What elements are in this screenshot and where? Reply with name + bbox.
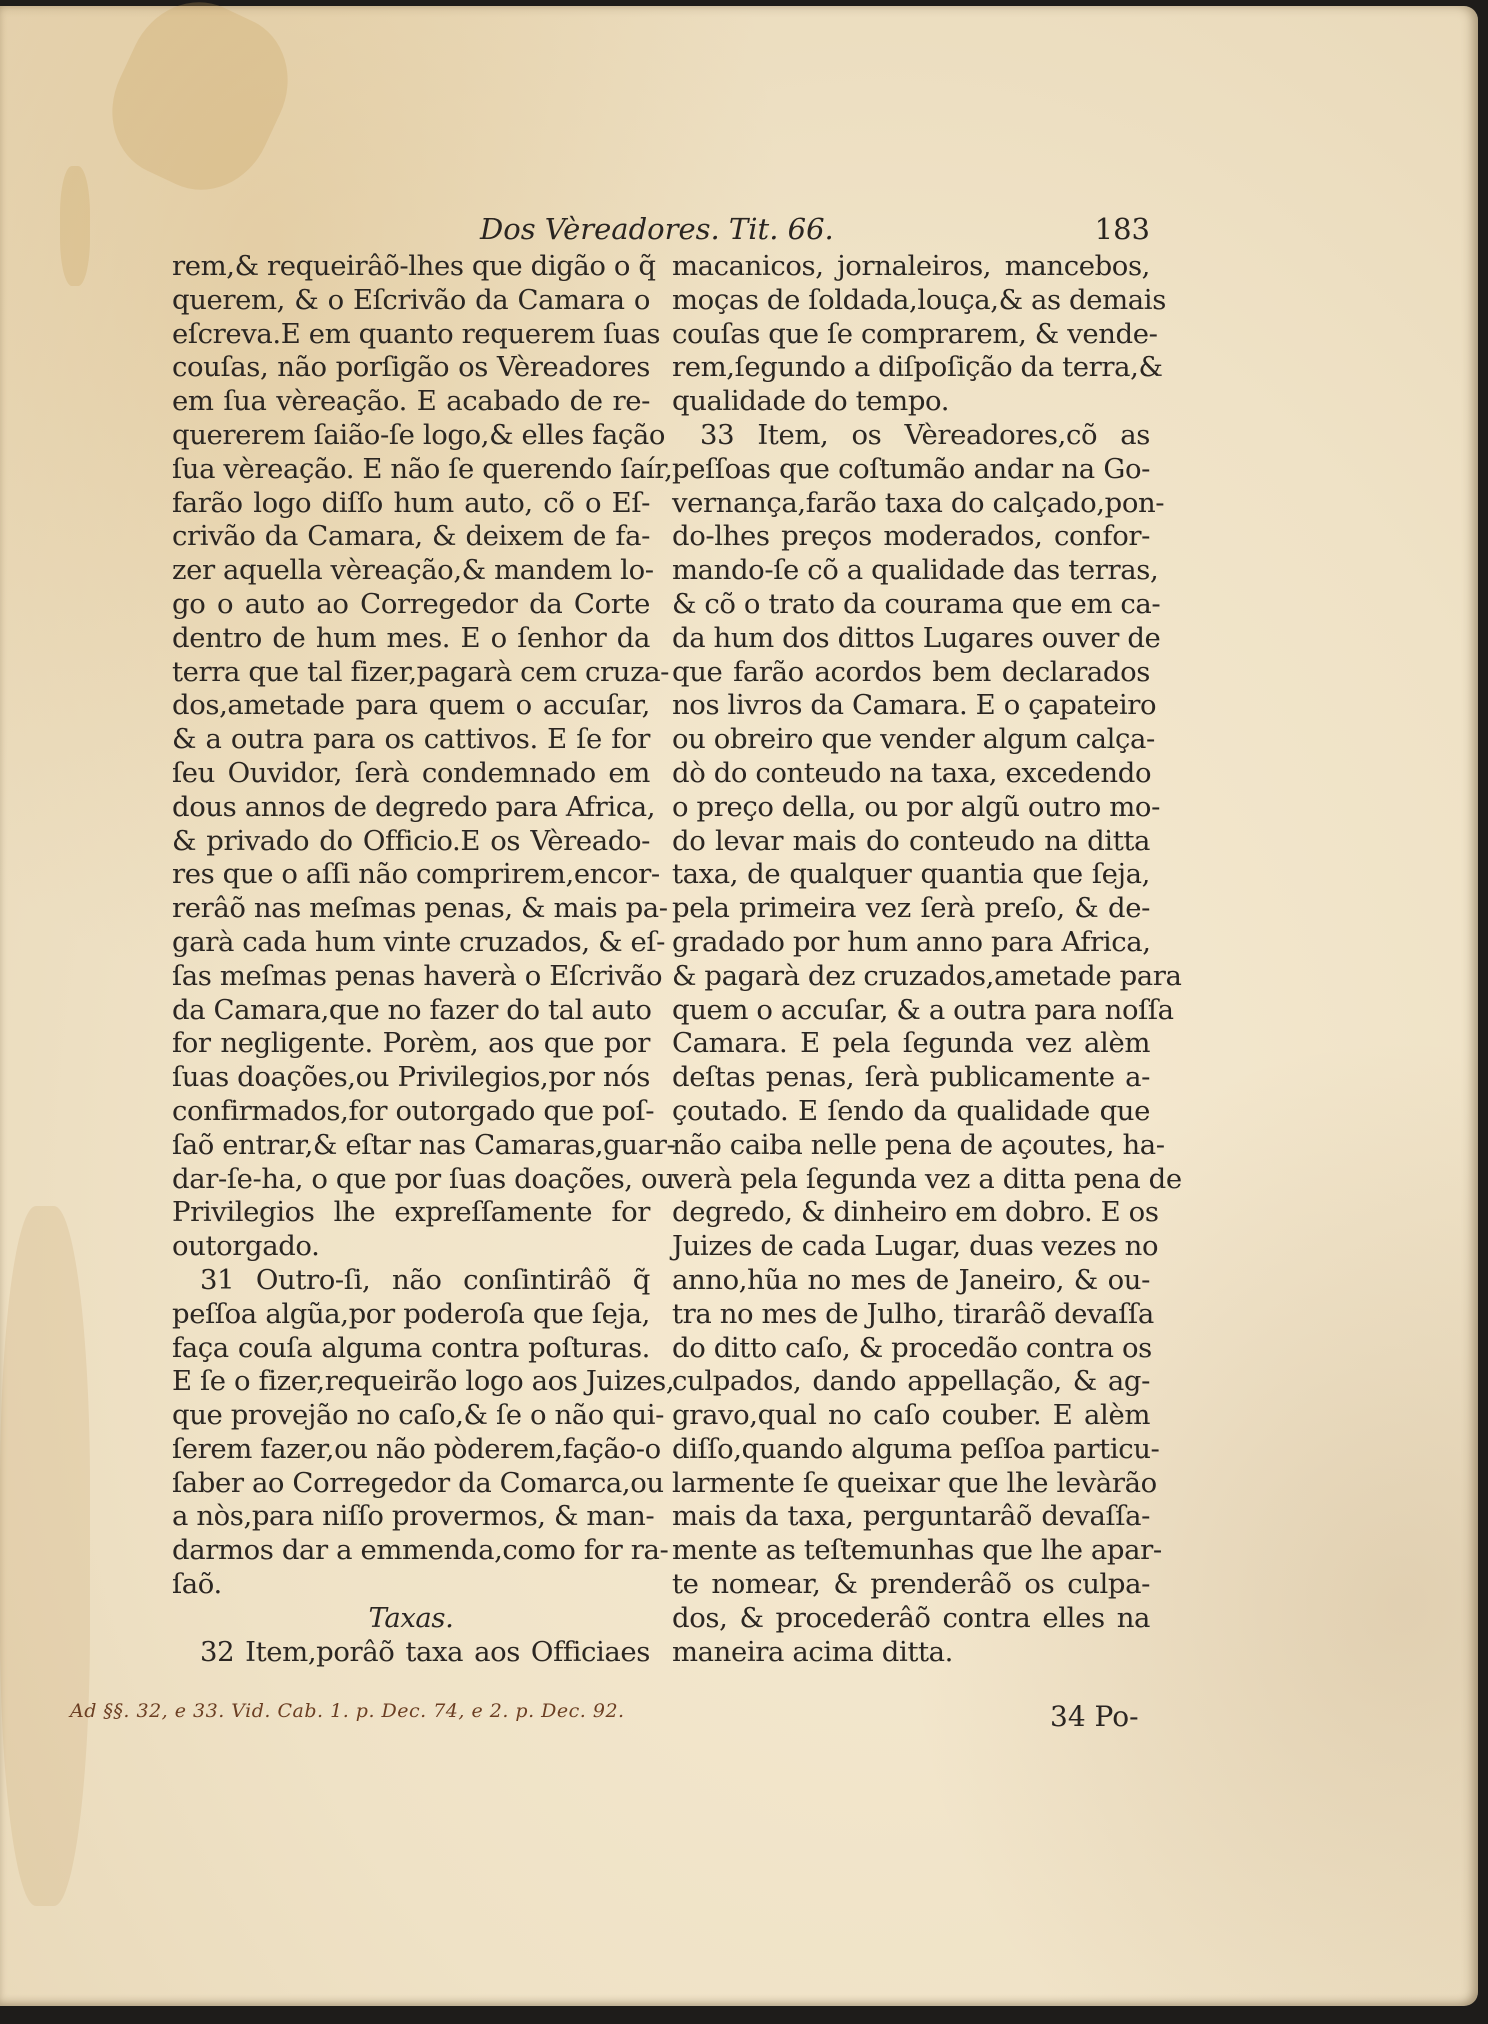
text-line: te nomear, & prenderâõ os culpa- (672, 1568, 1150, 1602)
text-line: do levar mais do conteudo na ditta (672, 825, 1150, 859)
text-line: zer aquella vèreação,& mandem lo- (172, 554, 650, 588)
text-line: macanicos, jornaleiros, mancebos, (672, 250, 1150, 284)
text-line: degredo, & dinheiro em dobro. E os (672, 1196, 1150, 1230)
text-line: for negligente. Porèm, aos que por (172, 1027, 650, 1061)
text-line: & a outra para os cattivos. E ſe for (172, 723, 650, 757)
running-head-title: Dos Vèreadores. Tit. 66. (480, 212, 834, 246)
text-line: garà cada hum vinte cruzados, & eſ- (172, 926, 650, 960)
text-line: gradado por hum anno para Africa, (672, 926, 1150, 960)
handwritten-marginal-note: Ad §§. 32, e 33. Vid. Cab. 1. p. Dec. 74… (70, 1700, 625, 1722)
left-text-column: rem,& requeirâõ-lhes que digão o q̃ quer… (172, 250, 650, 1669)
text-line: da hum dos dittos Lugares ouver de (672, 622, 1150, 656)
text-line: qualidade do tempo. (672, 385, 1150, 419)
text-line: couſas que ſe comprarem, & vende- (672, 318, 1150, 352)
page-number: 183 (1095, 212, 1150, 246)
text-line: nos livros da Camara. E o çapateiro (672, 689, 1150, 723)
text-line: go o auto ao Corregedor da Corte (172, 588, 650, 622)
text-line: & pagarà dez cruzados,ametade para (672, 960, 1150, 994)
text-line: vernança,farão taxa do calçado,pon- (672, 487, 1150, 521)
running-header: Dos Vèreadores. Tit. 66. 183 (480, 206, 1150, 250)
text-line: dos, & procederâõ contra elles na (672, 1602, 1150, 1636)
text-line: pela primeira vez ſerà preſo, & de- (672, 892, 1150, 926)
text-line: anno,hũa no mes de Janeiro, & ou- (672, 1264, 1150, 1298)
text-line: do ditto caſo, & procedão contra os (672, 1332, 1150, 1366)
text-line: ſeu Ouvidor, ſerà condemnado em (172, 757, 650, 791)
section-33-start: 33 Item, os Vèreadores,cõ as (672, 419, 1150, 453)
text-line: ſaõ entrar,& eſtar nas Camaras,guar- (172, 1129, 650, 1163)
text-line: outorgado. (172, 1230, 650, 1264)
text-line: dos,ametade para quem o accuſar, (172, 689, 650, 723)
text-line: que provejão no caſo,& ſe o não qui- (172, 1399, 650, 1433)
text-line: tra no mes de Julho, tirarâõ devaſſa (672, 1298, 1150, 1332)
text-line: ſaber ao Corregedor da Comarca,ou (172, 1467, 650, 1501)
text-line: ſua vèreação. E não ſe querendo ſaír, (172, 453, 650, 487)
text-line: eſcreva.E em quanto requerem ſuas (172, 318, 650, 352)
text-line: maneira acima ditta. (672, 1636, 1150, 1670)
text-line: ſaõ. (172, 1568, 650, 1602)
text-line: E ſe o fizer,requeirão logo aos Juizes, (172, 1365, 650, 1399)
text-line: farão logo diſſo hum auto, cõ o Eſ- (172, 487, 650, 521)
text-line: res que o aſſi não comprirem,encor- (172, 858, 650, 892)
text-line: a nòs,para niſſo provermos, & man- (172, 1500, 650, 1534)
text-line: peſſoa algũa,por poderoſa que ſeja, (172, 1298, 650, 1332)
text-line: confirmados,for outorgado que poſ- (172, 1095, 650, 1129)
text-line: terra que tal fizer,pagarà cem cruza- (172, 656, 650, 690)
text-line: & privado do Officio.E os Vèreado- (172, 825, 650, 859)
text-line: não caiba nelle pena de açoutes, ha- (672, 1129, 1150, 1163)
text-line: ou obreiro que vender algum calça- (672, 723, 1150, 757)
text-line: peſſoas que coſtumão andar na Go- (672, 453, 1150, 487)
text-line: çoutado. E ſendo da qualidade que (672, 1095, 1150, 1129)
text-line: crivão da Camara, & deixem de fa- (172, 520, 650, 554)
text-line: larmente ſe queixar que lhe levàrão (672, 1467, 1150, 1501)
text-line: mente as teſtemunhas que lhe apar- (672, 1534, 1150, 1568)
text-line: dò do conteudo na taxa, excedendo (672, 757, 1150, 791)
text-line: ſas meſmas penas haverà o Eſcrivão (172, 960, 650, 994)
text-line: rem,ſegundo a diſpoſição da terra,& (672, 351, 1150, 385)
text-line: quererem ſaião-ſe logo,& elles fação (172, 419, 650, 453)
text-line: dous annos de degredo para Africa, (172, 791, 650, 825)
text-line: em ſua vèreação. E acabado de re- (172, 385, 650, 419)
text-line: & cõ o trato da courama que em ca- (672, 588, 1150, 622)
water-stain (89, 0, 310, 211)
section-32-start: 32 Item,porâõ taxa aos Officiaes (172, 1636, 650, 1670)
text-line: couſas, não porſigão os Vèreadores (172, 351, 650, 385)
text-line: moças de ſoldada,louça,& as demais (672, 284, 1150, 318)
text-line: da Camara,que no fazer do tal auto (172, 994, 650, 1028)
text-line: ſerem fazer,ou não pòderem,fação-o (172, 1433, 650, 1467)
right-text-column: macanicos, jornaleiros, mancebos, moças … (672, 250, 1150, 1669)
catchword: 34 Po- (1050, 1700, 1139, 1733)
section-heading-taxas: Taxas. (172, 1602, 650, 1636)
text-line: gravo,qual no caſo couber. E alèm (672, 1399, 1150, 1433)
text-line: dentro de hum mes. E o ſenhor da (172, 622, 650, 656)
text-line: ſuas doações,ou Privilegios,por nós (172, 1061, 650, 1095)
text-line: taxa, de qualquer quantia que ſeja, (672, 858, 1150, 892)
text-line: o preço della, ou por algũ outro mo- (672, 791, 1150, 825)
text-line: rerâõ nas meſmas penas, & mais pa- (172, 892, 650, 926)
text-line: faça couſa alguma contra poſturas. (172, 1332, 650, 1366)
text-line: deſtas penas, ſerà publicamente a- (672, 1061, 1150, 1095)
text-line: do-lhes preços moderados, confor- (672, 520, 1150, 554)
text-line: Camara. E pela ſegunda vez alèm (672, 1027, 1150, 1061)
water-stain (0, 1206, 90, 1906)
text-line: rem,& requeirâõ-lhes que digão o q̃ (172, 250, 650, 284)
text-line: culpados, dando appellação, & ag- (672, 1365, 1150, 1399)
text-line: mando-ſe cõ a qualidade das terras, (672, 554, 1150, 588)
text-line: Juizes de cada Lugar, duas vezes no (672, 1230, 1150, 1264)
text-line: querem, & o Eſcrivão da Camara o (172, 284, 650, 318)
text-line: Privilegios lhe expreſſamente for (172, 1196, 650, 1230)
text-line: que farão acordos bem declarados (672, 656, 1150, 690)
text-line: quem o accuſar, & a outra para noſſa (672, 994, 1150, 1028)
text-line: diſſo,quando alguma peſſoa particu- (672, 1433, 1150, 1467)
text-line: dar-ſe-ha, o que por ſuas doações, ou (172, 1163, 650, 1197)
section-31-start: 31 Outro-ſi, não conſintirâõ q̃ (172, 1264, 650, 1298)
text-line: darmos dar a emmenda,como for ra- (172, 1534, 650, 1568)
text-line: verà pela ſegunda vez a ditta pena de (672, 1163, 1150, 1197)
water-stain (60, 166, 90, 286)
text-line: mais da taxa, perguntarâõ devaſſa- (672, 1500, 1150, 1534)
